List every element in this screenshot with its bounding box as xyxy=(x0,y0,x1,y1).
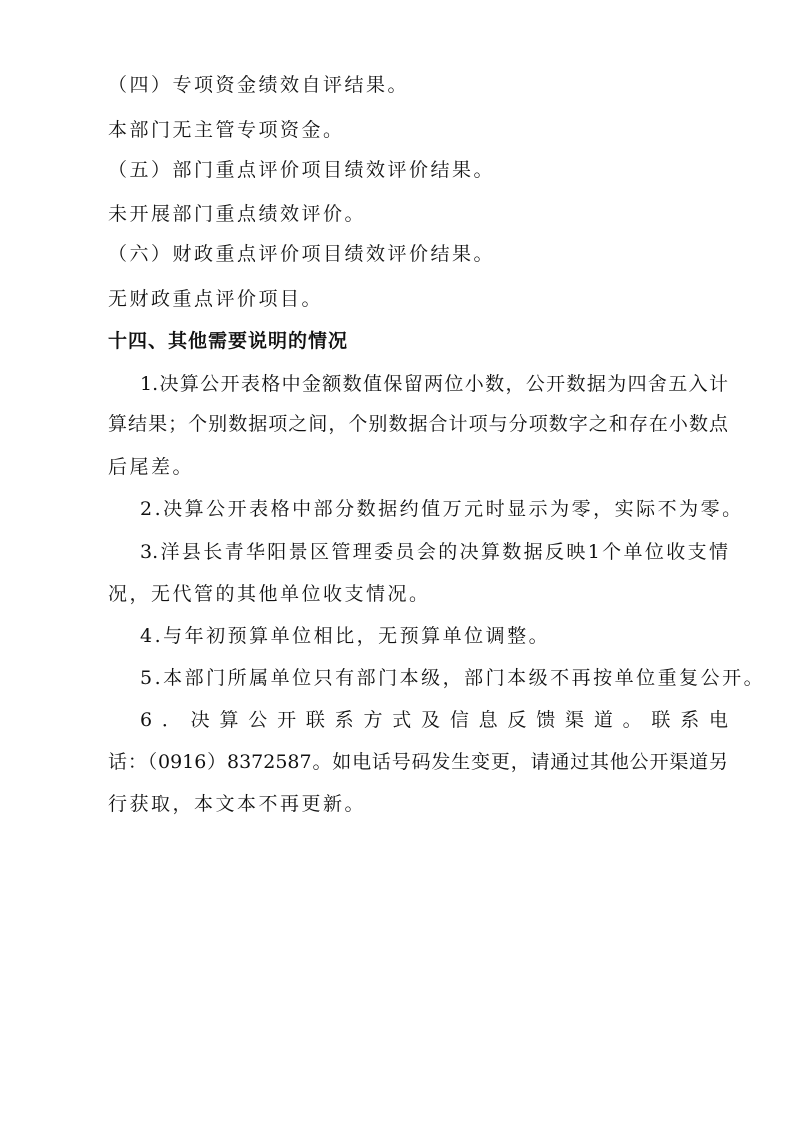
paragraph: 2.决算公开表格中部分数据约值万元时显示为零，实际不为零。 xyxy=(140,497,744,521)
paragraph: 4.与年初预算单位相比，无预算单位调整。 xyxy=(140,624,550,648)
paragraph: 5.本部门所属单位只有部门本级，部门本级不再按单位重复公开。 xyxy=(140,666,765,690)
document-page: （四）专项资金绩效自评结果。 本部门无主管专项资金。 （五）部门重点评价项目绩效… xyxy=(0,0,793,1122)
section-heading-14: 十四、其他需要说明的情况 xyxy=(108,329,348,353)
subsection-heading-6: （六）财政重点评价项目绩效评价结果。 xyxy=(108,242,495,266)
paragraph-line: 6．决算公开联系方式及信息反馈渠道。联系电 xyxy=(140,708,728,732)
paragraph-line: 1.决算公开表格中金额数值保留两位小数，公开数据为四舍五入计 xyxy=(140,372,728,396)
paragraph-line: 3.洋县长青华阳景区管理委员会的决算数据反映1个单位收支情 xyxy=(140,540,728,564)
subsection-heading-4: （四）专项资金绩效自评结果。 xyxy=(108,73,409,97)
paragraph-line: 况，无代管的其他单位收支情况。 xyxy=(108,582,431,606)
paragraph: 无财政重点评价项目。 xyxy=(108,287,323,311)
paragraph-line: 行获取，本文本不再更新。 xyxy=(108,792,366,816)
paragraph-line: 算结果；个别数据项之间，个别数据合计项与分项数字之和存在小数点 xyxy=(108,412,728,436)
paragraph-line: 后尾差。 xyxy=(108,455,194,479)
subsection-heading-5: （五）部门重点评价项目绩效评价结果。 xyxy=(108,158,495,182)
paragraph: 本部门无主管专项资金。 xyxy=(108,118,345,142)
paragraph: 未开展部门重点绩效评价。 xyxy=(108,202,366,226)
paragraph-line: 话：（0916）8372587。如电话号码发生变更，请通过其他公开渠道另 xyxy=(108,750,728,774)
